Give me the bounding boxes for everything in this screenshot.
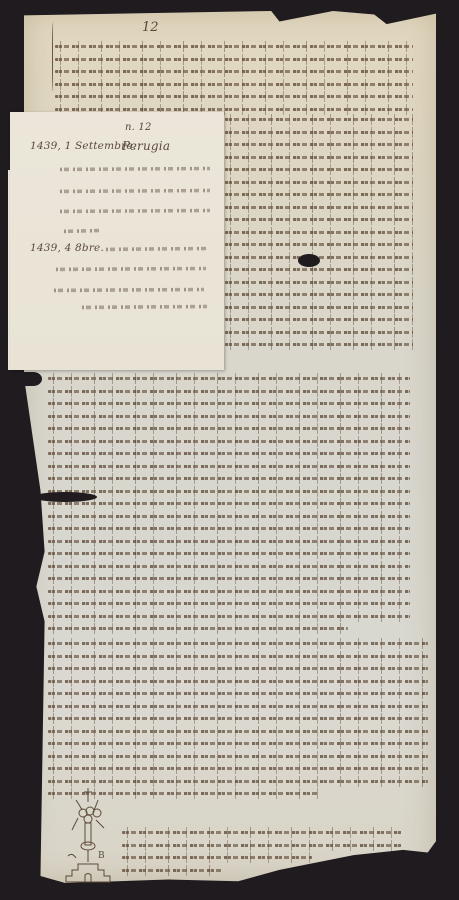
note-header: n. 12 bbox=[125, 122, 152, 133]
script-line bbox=[225, 338, 413, 351]
script-line bbox=[48, 385, 410, 398]
note-handwriting bbox=[60, 186, 210, 195]
script-line bbox=[48, 510, 410, 523]
script-line bbox=[55, 53, 413, 66]
script-line bbox=[48, 762, 428, 775]
script-line bbox=[48, 662, 428, 675]
script-line bbox=[48, 497, 410, 510]
script-line bbox=[48, 585, 410, 598]
script-line bbox=[225, 126, 413, 139]
parchment-tear bbox=[24, 372, 42, 386]
script-line bbox=[122, 864, 222, 877]
manuscript-text-right bbox=[225, 113, 413, 351]
script-line bbox=[48, 712, 428, 725]
script-line bbox=[48, 675, 428, 688]
script-line bbox=[225, 163, 413, 176]
script-line bbox=[48, 700, 428, 713]
script-line bbox=[122, 839, 402, 852]
script-line bbox=[122, 826, 402, 839]
note-handwriting bbox=[64, 226, 100, 235]
parchment-hole bbox=[33, 492, 97, 502]
note-handwriting bbox=[54, 285, 204, 294]
script-line bbox=[122, 851, 312, 864]
script-line bbox=[48, 687, 428, 700]
script-line bbox=[225, 201, 413, 214]
script-line bbox=[225, 288, 413, 301]
script-line bbox=[48, 410, 410, 423]
note-handwriting bbox=[60, 206, 210, 215]
script-line bbox=[225, 276, 413, 289]
folio-number: 12 bbox=[142, 20, 159, 35]
note-handwriting bbox=[60, 164, 210, 173]
script-line bbox=[55, 90, 413, 103]
manuscript-text-second-act bbox=[48, 637, 428, 800]
script-line bbox=[225, 188, 413, 201]
script-line bbox=[48, 472, 410, 485]
script-line bbox=[48, 560, 410, 573]
script-line bbox=[55, 78, 413, 91]
script-line bbox=[48, 422, 410, 435]
script-line bbox=[48, 572, 410, 585]
notary-signum-icon: B bbox=[64, 786, 128, 884]
script-line bbox=[225, 138, 413, 151]
script-line bbox=[55, 65, 413, 78]
script-line bbox=[48, 750, 428, 763]
svg-text:B: B bbox=[98, 851, 105, 861]
notarial-subscription bbox=[122, 826, 402, 876]
script-line bbox=[48, 737, 428, 750]
script-line bbox=[48, 522, 410, 535]
script-line bbox=[48, 372, 410, 385]
script-line bbox=[48, 460, 410, 473]
script-line bbox=[55, 40, 413, 53]
script-line bbox=[225, 226, 413, 239]
archival-note: n. 12 1439, 1 Settembre. Perugia 1439, 4… bbox=[10, 112, 224, 370]
script-line bbox=[225, 263, 413, 276]
script-line bbox=[48, 650, 428, 663]
script-line bbox=[48, 547, 410, 560]
script-line bbox=[48, 447, 410, 460]
script-line bbox=[48, 725, 428, 738]
script-line bbox=[48, 597, 410, 610]
script-line bbox=[48, 435, 410, 448]
script-line bbox=[225, 151, 413, 164]
script-line bbox=[48, 485, 410, 498]
script-line bbox=[48, 610, 410, 623]
note-handwriting bbox=[106, 244, 206, 253]
script-line bbox=[225, 213, 413, 226]
parchment-hole bbox=[298, 254, 320, 267]
note-handwriting bbox=[82, 302, 207, 311]
note-entry-1-date: 1439, 1 Settembre. bbox=[30, 140, 136, 152]
manuscript-text-top bbox=[55, 40, 413, 115]
script-line bbox=[48, 637, 428, 650]
script-line bbox=[225, 113, 413, 126]
script-line bbox=[48, 397, 410, 410]
script-line bbox=[225, 313, 413, 326]
manuscript-text-middle bbox=[48, 372, 410, 635]
script-line bbox=[225, 238, 413, 251]
script-line bbox=[48, 622, 348, 635]
script-line bbox=[225, 176, 413, 189]
script-line bbox=[225, 301, 413, 314]
note-entry-2-date: 1439, 4 8bre. bbox=[30, 242, 104, 254]
script-line bbox=[48, 535, 410, 548]
note-entry-1-place: Perugia bbox=[122, 139, 170, 153]
note-handwriting bbox=[56, 264, 206, 273]
script-line bbox=[225, 326, 413, 339]
